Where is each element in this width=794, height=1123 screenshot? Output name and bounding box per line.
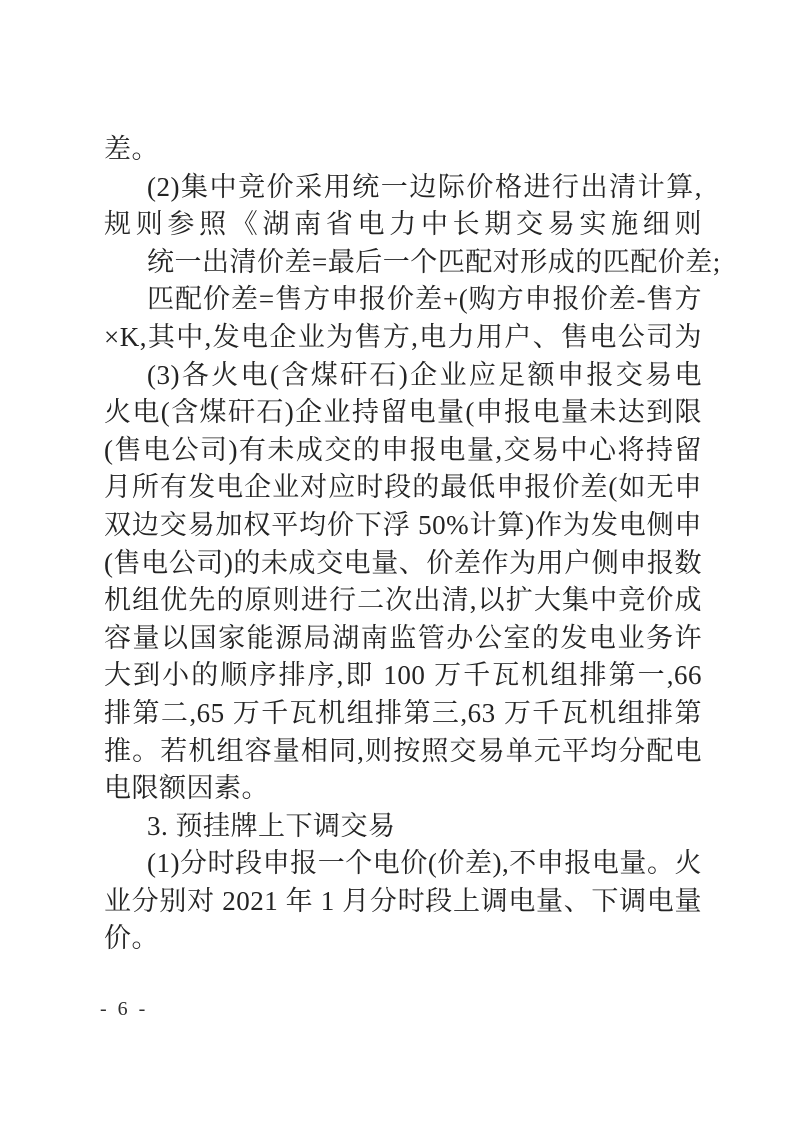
text-line: 业分别对 2021 年 1 月分时段上调电量、下调电量进行预挂牌报 bbox=[104, 883, 702, 921]
document-body: 差。 (2)集中竞价采用统一边际价格进行出清计算,具体出清 规则参照《湖南省电力… bbox=[104, 131, 702, 958]
text-line: 月所有发电企业对应时段的最低申报价差(如无申报,按照月度 bbox=[104, 469, 702, 507]
text-line: 火电(含煤矸石)企业持留电量(申报电量未达到限额)且用户 bbox=[104, 394, 702, 432]
text-line: 双边交易加权平均价下浮 50%计算)作为发电侧申报数据,用户 bbox=[104, 507, 702, 545]
text-line: (3)各火电(含煤矸石)企业应足额申报交易电量。如果 bbox=[104, 357, 702, 395]
text-line: (1)分时段申报一个电价(价差),不申报电量。火电企 bbox=[104, 845, 702, 883]
text-line: (售电公司)的未成交电量、价差作为用户侧申报数据,按照大 bbox=[104, 545, 702, 583]
text-line: ×K,其中,发电企业为售方,电力用户、售电公司为购方,K=0.5。 bbox=[104, 319, 702, 357]
text-line: 统一出清价差=最后一个匹配对形成的匹配价差; bbox=[104, 244, 702, 282]
text-line: 大到小的顺序排序,即 100 万千瓦机组排第一,66 万千瓦机组 bbox=[104, 657, 702, 695]
text-line: 价。 bbox=[104, 920, 702, 958]
text-line: 匹配价差=售方申报价差+(购方申报价差-售方申报价差) bbox=[104, 281, 702, 319]
text-line: (2)集中竞价采用统一边际价格进行出清计算,具体出清 bbox=[104, 169, 702, 207]
text-line: 规则参照《湖南省电力中长期交易实施细则(2021.01 版)》。 bbox=[104, 206, 702, 244]
text-line: (售电公司)有未成交的申报电量,交易中心将持留的电量、当 bbox=[104, 432, 702, 470]
text-line: 排第二,65 万千瓦机组排第三,63 万千瓦机组排第四,以此类 bbox=[104, 695, 702, 733]
text-line: 容量以国家能源局湖南监管办公室的发电业务许可证为准,按由 bbox=[104, 620, 702, 658]
text-line: 推。若机组容量相同,则按照交易单元平均分配电量,并考虑发 bbox=[104, 733, 702, 771]
text-line: 电限额因素。 bbox=[104, 770, 702, 808]
section-heading-line: 3. 预挂牌上下调交易 bbox=[104, 808, 702, 846]
text-line: 机组优先的原则进行二次出清,以扩大集中竞价成交电量。机组 bbox=[104, 582, 702, 620]
text-line: 差。 bbox=[104, 131, 702, 169]
document-page: 差。 (2)集中竞价采用统一边际价格进行出清计算,具体出清 规则参照《湖南省电力… bbox=[0, 0, 794, 1123]
page-number: - 6 - bbox=[100, 998, 148, 1021]
